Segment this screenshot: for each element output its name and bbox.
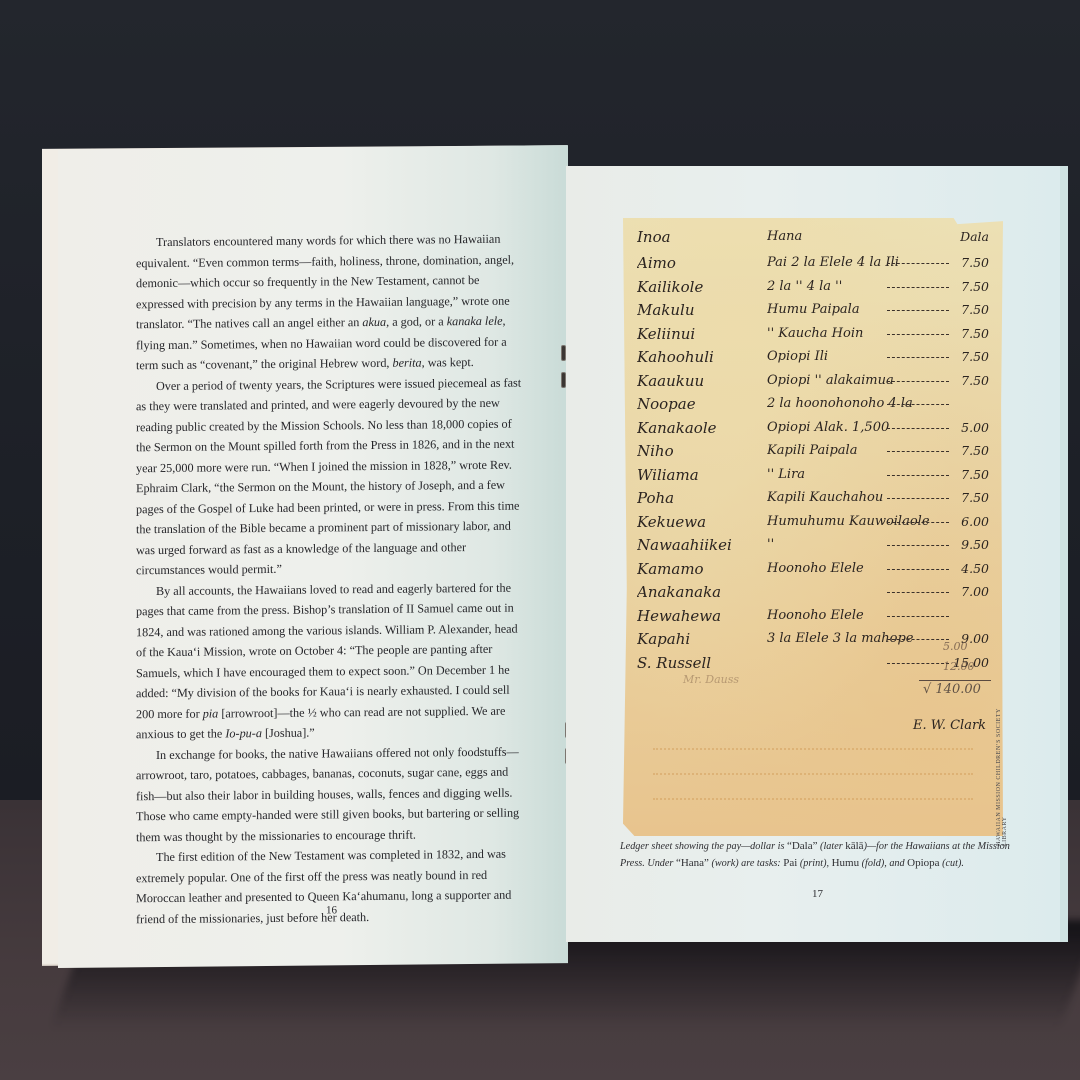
ledger-signature: E. W. Clark (913, 718, 986, 733)
ledger-amount: 7.50 (949, 462, 989, 488)
ledger-name: Aimo (637, 250, 747, 276)
bleed-through-ink (653, 798, 973, 808)
paragraph: Over a period of twenty years, the Scrip… (136, 372, 526, 581)
ledger-name: Wiliama (637, 462, 747, 488)
photo-credit: Hawaiian Mission Children’s Society Libr… (996, 686, 1008, 846)
ledger-row: KahoohuliOpiopi Ili7.50 (637, 344, 989, 370)
ledger-dash-line (887, 639, 949, 640)
body-text: Translators encountered many words for w… (136, 229, 526, 930)
ledger-dash-line (887, 475, 949, 476)
ledger-dash-line (887, 451, 949, 452)
bleed-through-ink (653, 748, 973, 758)
bleed-through-ink (653, 773, 973, 783)
ledger-amount: 7.50 (949, 297, 989, 323)
ledger-row: AimoPai 2 la Elele 4 la Ili7.50 (637, 250, 989, 276)
paragraph: By all accounts, the Hawaiians loved to … (136, 577, 526, 745)
ledger-row: Kailikole2 la '' 4 la ''7.50 (637, 274, 989, 300)
ledger-total: √ 140.00 (923, 682, 981, 697)
ledger-dash-line (887, 310, 949, 311)
ledger-row: KanakaoleOpiopi Alak. 1,5005.00 (637, 415, 989, 441)
figure-caption: Ledger sheet showing the pay—dollar is “… (620, 838, 1020, 872)
right-page: Inoa Hana Dala AimoPai 2 la Elele 4 la I… (566, 166, 1068, 942)
ledger-header: Inoa Hana Dala (637, 224, 989, 250)
ledger-row: KamamoHoonoho Elele4.50 (637, 556, 989, 582)
ledger-dash-line (887, 663, 949, 664)
ledger-dash-line (887, 498, 949, 499)
ledger-sheet-photo: Inoa Hana Dala AimoPai 2 la Elele 4 la I… (623, 218, 1003, 836)
ledger-total-rule (919, 680, 991, 681)
page-number-left: 16 (326, 904, 337, 916)
ledger-name: Kekuewa (637, 509, 747, 535)
ledger-subtotal-2: 12.00 (943, 660, 975, 673)
ledger-amount: 7.50 (949, 438, 989, 464)
ledger-dash-line (887, 545, 949, 546)
ledger-header-work: Hana (767, 224, 937, 250)
ledger-dash-line (887, 592, 949, 593)
ledger-row: KekuewaHumuhumu Kauwoilaole6.00 (637, 509, 989, 535)
ledger-dash-line (887, 381, 949, 382)
paragraph: In exchange for books, the native Hawaii… (136, 741, 526, 847)
ledger-row: Keliinui'' Kaucha Hoin7.50 (637, 321, 989, 347)
page-number-right: 17 (812, 888, 823, 900)
ledger-name: Kailikole (637, 274, 747, 300)
ledger-dash-line (887, 569, 949, 570)
ledger-amount: 7.50 (949, 250, 989, 276)
ledger-name: Nawaahiikei (637, 532, 747, 558)
ledger-amount: 9.50 (949, 532, 989, 558)
ledger-row: KaaukuuOpiopi '' alakaimua7.50 (637, 368, 989, 394)
ledger-dash-line (887, 287, 949, 288)
ledger-name: Kahoohuli (637, 344, 747, 370)
ledger-dash-line (887, 334, 949, 335)
ledger-amount: 7.00 (949, 579, 989, 605)
ledger-header-name: Inoa (637, 224, 747, 250)
ledger-name: Keliinui (637, 321, 747, 347)
ledger-dash-line (887, 522, 949, 523)
ledger-amount: 7.50 (949, 485, 989, 511)
ledger-row: NihoKapili Paipala7.50 (637, 438, 989, 464)
ledger-row: PohaKapili Kauchahou7.50 (637, 485, 989, 511)
ledger-name: Hewahewa (637, 603, 747, 629)
ledger-amount: 7.50 (949, 344, 989, 370)
ledger-amount: 7.50 (949, 321, 989, 347)
ledger-amount: 7.50 (949, 368, 989, 394)
ledger-dash-line (887, 404, 949, 405)
ledger-name: Kapahi (637, 626, 747, 652)
left-page: Translators encountered many words for w… (58, 145, 568, 968)
ledger-name: Niho (637, 438, 747, 464)
ledger-row: HewahewaHoonoho Elele (637, 603, 989, 629)
ledger-amount: 4.50 (949, 556, 989, 582)
ledger-row: Anakanaka7.00 (637, 579, 989, 605)
ledger-dash-line (887, 357, 949, 358)
ledger-row: Nawaahiikei''9.50 (637, 532, 989, 558)
ledger-name: S. Russell (637, 650, 747, 676)
ledger-name: Makulu (637, 297, 747, 323)
ledger-row: Noopae2 la hoonohonoho 4 la (637, 391, 989, 417)
ledger-amount: 6.00 (949, 509, 989, 535)
ledger-dash-line (887, 616, 949, 617)
ledger-name: Poha (637, 485, 747, 511)
ledger-faint-note: Mr. Dauss (683, 673, 739, 686)
ledger-name: Kaaukuu (637, 368, 747, 394)
ledger-row: Kapahi3 la Elele 3 la mahope9.00 (637, 626, 989, 652)
ledger-name: Noopae (637, 391, 747, 417)
ledger-amount: 7.50 (949, 274, 989, 300)
ledger-name: Kanakaole (637, 415, 747, 441)
ledger-row: MakuluHumu Paipala7.50 (637, 297, 989, 323)
ledger-dash-line (887, 263, 949, 264)
ledger-name: Kamamo (637, 556, 747, 582)
ledger-row: Wiliama'' Lira7.50 (637, 462, 989, 488)
ledger-subtotal-1: 5.00 (943, 640, 968, 653)
ledger-header-pay: Dala (949, 224, 989, 250)
paragraph: Translators encountered many words for w… (136, 229, 526, 376)
ledger-row: S. Russell15.00 (637, 650, 989, 676)
ledger-name: Anakanaka (637, 579, 747, 605)
ledger-amount: 5.00 (949, 415, 989, 441)
ledger-dash-line (887, 428, 949, 429)
